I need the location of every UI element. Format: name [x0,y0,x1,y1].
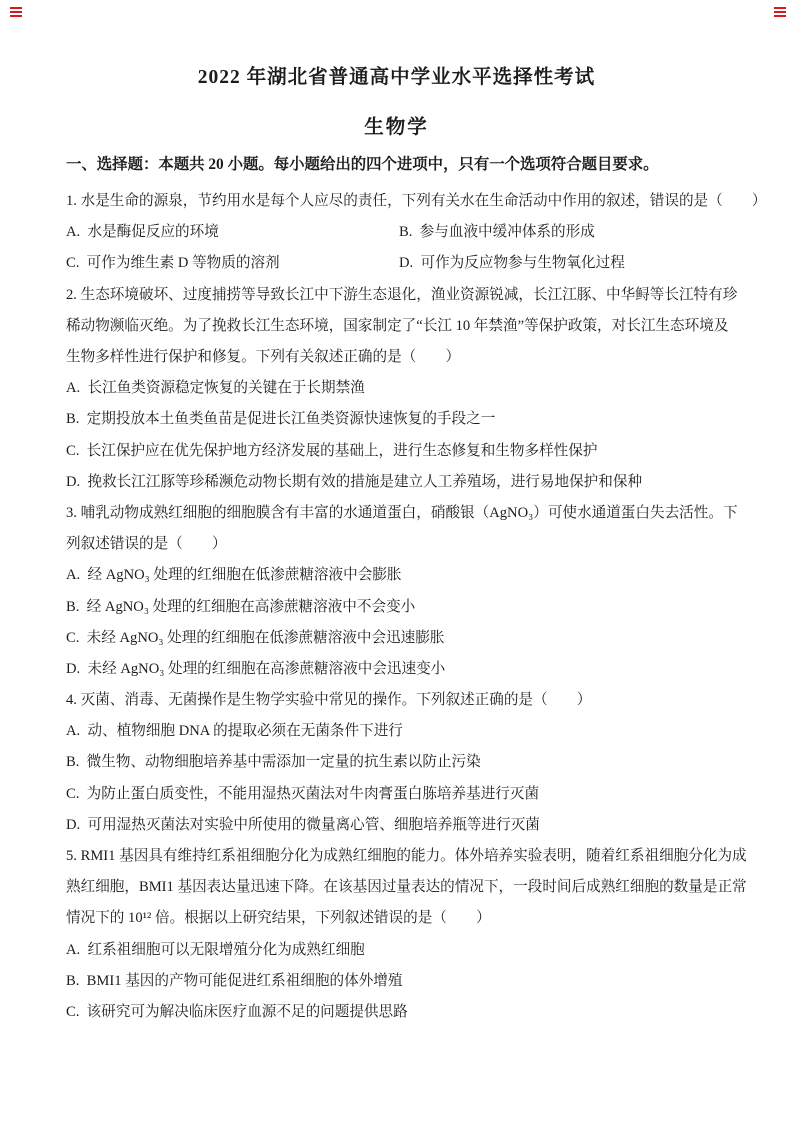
question-5-stem-line-1: 5. RMI1 基因具有维持红系祖细胞分化为成熟红细胞的能力。体外培养实验表明，… [66,839,741,870]
question-5-option-c: C. 该研究可为解决临床医疗血源不足的问题提供思路 [66,995,741,1026]
question-4-option-d: D. 可用湿热灭菌法对实验中所使用的微量离心管、细胞培养瓶等进行灭菌 [66,808,741,839]
question-4-option-a: A. 动、植物细胞 DNA 的提取必须在无菌条件下进行 [66,714,741,745]
question-2-option-a: A. 长江鱼类资源稳定恢复的关键在于长期禁渔 [66,371,741,402]
question-3-stem-line-2: 列叙述错误的是（ ） [66,527,741,558]
exam-page: 2022 年湖北省普通高中学业水平选择性考试 生物学 一、选择题：本题共 20 … [0,0,793,1122]
question-2-stem-line-3: 生物多样性进行保护和修复。下列有关叙述正确的是（ ） [66,340,741,371]
question-1-option-d: D. 可作为反应物参与生物氧化过程 [399,251,741,272]
question-2-option-b: B. 定期投放本土鱼类鱼苗是促进长江鱼类资源快速恢复的手段之一 [66,402,741,433]
question-5-stem-line-2: 熟红细胞，BMI1 基因表达量迅速下降。在该基因过量表达的情况下，一段时间后成熟… [66,870,741,901]
question-2-stem-line-1: 2. 生态环境破坏、过度捕捞等导致长江中下游生态退化，渔业资源锐减，长江江豚、中… [66,278,741,309]
question-3-option-a: A. 经 AgNO₃ 处理的红细胞在低渗蔗糖溶液中会膨胀 [66,558,741,589]
question-1-option-c: C. 可作为维生素 D 等物质的溶剂 [66,251,399,272]
question-1-options-row-cd: C. 可作为维生素 D 等物质的溶剂 D. 可作为反应物参与生物氧化过程 [66,246,741,277]
exam-subject-title: 生物学 [0,116,793,140]
question-1-options-row-ab: A. 水是酶促反应的环境 B. 参与血液中缓冲体系的形成 [66,215,741,246]
question-1-option-a: A. 水是酶促反应的环境 [66,220,399,241]
question-5-option-b: B. BMI1 基因的产物可能促进红系祖细胞的体外增殖 [66,964,741,995]
question-5-stem-line-3: 情况下的 10¹² 倍。根据以上研究结果，下列叙述错误的是（ ） [66,901,741,932]
question-3-stem-line-1: 3. 哺乳动物成熟红细胞的细胞膜含有丰富的水通道蛋白，硝酸银（AgNO₃）可使水… [66,496,741,527]
question-2-stem-line-2: 稀动物濒临灭绝。为了挽救长江生态环境，国家制定了“长江 10 年禁渔”等保护政策… [66,309,741,340]
question-1-option-b: B. 参与血液中缓冲体系的形成 [399,220,741,241]
exam-title: 2022 年湖北省普通高中学业水平选择性考试 [0,0,793,90]
question-3-option-c: C. 未经 AgNO₃ 处理的红细胞在低渗蔗糖溶液中会迅速膨胀 [66,621,741,652]
question-4-option-b: B. 微生物、动物细胞培养基中需添加一定量的抗生素以防止污染 [66,745,741,776]
question-3-option-d: D. 未经 AgNO₃ 处理的红细胞在高渗蔗糖溶液中会迅速变小 [66,652,741,683]
question-2-option-d: D. 挽救长江江豚等珍稀濒危动物长期有效的措施是建立人工养殖场，进行易地保护和保… [66,465,741,496]
question-1-stem: 1. 水是生命的源泉，节约用水是每个人应尽的责任，下列有关水在生命活动中作用的叙… [66,184,741,215]
question-4-stem: 4. 灭菌、消毒、无菌操作是生物学实验中常见的操作。下列叙述正确的是（ ） [66,683,741,714]
section-heading: 一、选择题：本题共 20 小题。每小题给出的四个进项中，只有一个选项符合题目要求… [0,153,793,177]
red-corner-mark-right [774,7,786,17]
question-5-option-a: A. 红系祖细胞可以无限增殖分化为成熟红细胞 [66,933,741,964]
question-4-option-c: C. 为防止蛋白质变性，不能用湿热灭菌法对牛肉膏蛋白胨培养基进行灭菌 [66,777,741,808]
question-3-option-b: B. 经 AgNO₃ 处理的红细胞在高渗蔗糖溶液中不会变小 [66,589,741,620]
questions-body: 1. 水是生命的源泉，节约用水是每个人应尽的责任，下列有关水在生命活动中作用的叙… [0,184,793,1026]
question-2-option-c: C. 长江保护应在优先保护地方经济发展的基础上，进行生态修复和生物多样性保护 [66,434,741,465]
red-corner-mark-left [10,7,22,17]
